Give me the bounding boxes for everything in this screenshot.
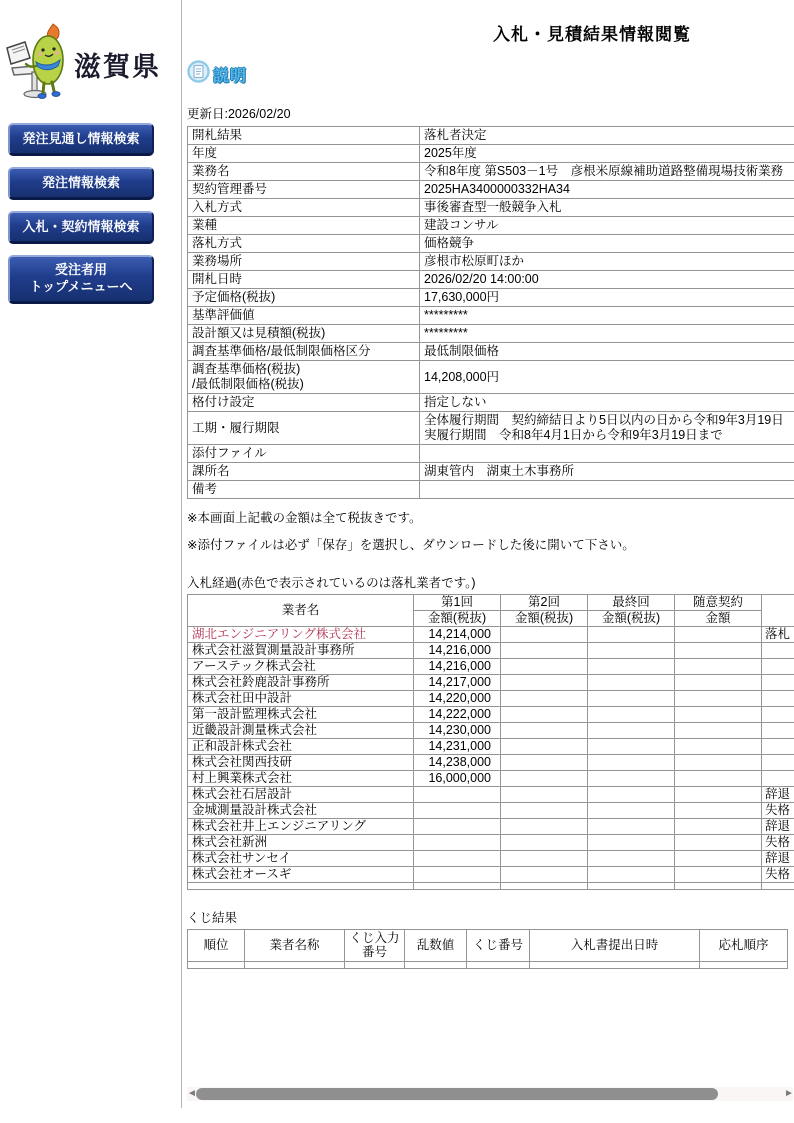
details-row: 課所名湖東管内 湖東土木事務所 (188, 463, 794, 481)
bid-result-status (762, 771, 794, 787)
bid-result-status: 失格 (762, 803, 794, 819)
bid-result-status: 失格 (762, 835, 794, 851)
updated-date: 更新日:2026/02/20 (187, 104, 794, 122)
detail-value: 彦根市松原町ほか (420, 253, 794, 271)
detail-value: 2025HA3400000332HA34 (420, 181, 794, 199)
bid-amount-discretionary (675, 707, 762, 723)
detail-value: 事後審査型一般競争入札 (420, 199, 794, 217)
bid-header-row-1: 業者名 第1回 第2回 最終回 随意契約 (188, 595, 794, 611)
bid-result-status: 失格 (762, 867, 794, 883)
bid-amount-final (588, 755, 675, 771)
detail-label: 格付け設定 (188, 394, 420, 412)
details-row: 契約管理番号2025HA3400000332HA34 (188, 181, 794, 199)
lottery-entry-number-header: くじ入力番号 (345, 930, 405, 962)
detail-label: 入札方式 (188, 199, 420, 217)
bid-amount-round1: 14,238,000 (414, 755, 501, 771)
bid-amount-discretionary (675, 819, 762, 835)
bid-amount-round2 (501, 851, 588, 867)
bid-amount-round2 (501, 691, 588, 707)
bid-amount-round2 (501, 755, 588, 771)
lottery-result-table: 順位 業者名称 くじ入力番号 乱数値 くじ番号 入札書提出日時 応札順序 (187, 929, 788, 969)
bid-amount-round2 (501, 659, 588, 675)
bid-row: 金城測量設計株式会社失格 (188, 803, 794, 819)
bid-amount-discretionary (675, 803, 762, 819)
detail-value: ********* (420, 325, 794, 343)
bid-amount-discretionary (675, 755, 762, 771)
bidder-name: 金城測量設計株式会社 (188, 803, 414, 819)
bid-amount-final (588, 835, 675, 851)
detail-label: 添付ファイル (188, 445, 420, 463)
sidebar: 滋賀県 発注見通し情報検索 発注情報検索 入札・契約情報検索 受注者用 トップメ… (0, 0, 181, 304)
bid-amount-discretionary (675, 739, 762, 755)
bid-amount-discretionary (675, 787, 762, 803)
bid-amount-round2 (501, 723, 588, 739)
bidder-name: 第一設計監理株式会社 (188, 707, 414, 723)
detail-value (420, 445, 794, 463)
bid-result-status: 辞退 (762, 851, 794, 867)
bid-amount-discretionary (675, 627, 762, 643)
bid-details-table: 開札結果落札者決定年度2025年度業務名令和8年度 第S503－1号 彦根米原線… (187, 126, 794, 499)
details-row: 入札方式事後審査型一般競争入札 (188, 199, 794, 217)
bid-result-status (762, 707, 794, 723)
bid-amount-final (588, 739, 675, 755)
bidder-name: アーステック株式会社 (188, 659, 414, 675)
bid-amount-final (588, 723, 675, 739)
detail-label: 課所名 (188, 463, 420, 481)
detail-value: 落札者決定 (420, 127, 794, 145)
bidder-name-header: 業者名 (188, 595, 414, 627)
bidder-name-header: 業者名称 (245, 930, 345, 962)
shiga-prefecture-logo[interactable]: 滋賀県 (6, 22, 181, 107)
bid-submission-datetime-header: 入札書提出日時 (530, 930, 700, 962)
nav-order-forecast-search-button[interactable]: 発注見通し情報検索 (8, 123, 154, 156)
detail-value: 2025年度 (420, 145, 794, 163)
bidder-name: 株式会社井上エンジニアリング (188, 819, 414, 835)
scroll-left-arrow-icon[interactable]: ◄ (187, 1088, 196, 1100)
shiga-mascot-icon (6, 22, 72, 107)
detail-label: 業務場所 (188, 253, 420, 271)
round2-amount-header: 金額(税抜) (501, 611, 588, 627)
bid-history-table: 業者名 第1回 第2回 最終回 随意契約 金額(税抜) 金額(税抜) 金額(税抜… (187, 594, 794, 890)
detail-label: 業務名 (188, 163, 420, 181)
bid-result-status (762, 643, 794, 659)
bid-amount-final (588, 707, 675, 723)
details-row: 開札結果落札者決定 (188, 127, 794, 145)
bid-amount-final (588, 851, 675, 867)
bid-order-header: 応札順序 (700, 930, 788, 962)
detail-label: 年度 (188, 145, 420, 163)
bid-row: 株式会社石居設計辞退 (188, 787, 794, 803)
detail-value: 17,630,000円 (420, 289, 794, 307)
bid-amount-round1 (414, 867, 501, 883)
bidder-name: 株式会社関西技研 (188, 755, 414, 771)
lottery-empty-row (188, 961, 788, 968)
details-row: 年度2025年度 (188, 145, 794, 163)
bid-amount-round1: 16,000,000 (414, 771, 501, 787)
detail-label: 調査基準価格(税抜) /最低制限価格(税抜) (188, 361, 420, 394)
sidebar-content-divider (181, 0, 182, 1108)
round1-amount-header: 金額(税抜) (414, 611, 501, 627)
bid-amount-round1: 14,217,000 (414, 675, 501, 691)
detail-value: ********* (420, 307, 794, 325)
bidder-name: 株式会社田中設計 (188, 691, 414, 707)
detail-label: 調査基準価格/最低制限価格区分 (188, 343, 420, 361)
details-row: 調査基準価格/最低制限価格区分最低制限価格 (188, 343, 794, 361)
detail-value: 価格競争 (420, 235, 794, 253)
details-row: 添付ファイル (188, 445, 794, 463)
bid-result-status: 辞退 (762, 787, 794, 803)
page-title: 入札・見積結果情報閲覧 (187, 20, 794, 45)
bid-amount-round2 (501, 787, 588, 803)
explain-button[interactable]: 説明 (187, 60, 247, 88)
note-attachment-save: ※添付ファイルは必ず「保存」を選択し、ダウンロードした後に開いて下さい。 (187, 535, 794, 553)
lottery-header-row: 順位 業者名称 くじ入力番号 乱数値 くじ番号 入札書提出日時 応札順序 (188, 930, 788, 962)
bid-amount-discretionary (675, 867, 762, 883)
bid-row: 株式会社オースギ失格 (188, 867, 794, 883)
detail-label: 工期・履行期限 (188, 412, 420, 445)
bid-amount-discretionary (675, 771, 762, 787)
lottery-number-header: くじ番号 (467, 930, 530, 962)
bid-row: 第一設計監理株式会社14,222,000 (188, 707, 794, 723)
bid-amount-round2 (501, 803, 588, 819)
bid-amount-round2 (501, 707, 588, 723)
bidder-name: 株式会社滋賀測量設計事務所 (188, 643, 414, 659)
details-row: 予定価格(税抜)17,630,000円 (188, 289, 794, 307)
bid-result-status (762, 723, 794, 739)
bid-amount-discretionary (675, 835, 762, 851)
bidder-name: 村上興業株式会社 (188, 771, 414, 787)
bid-amount-round2 (501, 835, 588, 851)
bid-result-status (762, 755, 794, 771)
bid-amount-final (588, 659, 675, 675)
final-round-header: 最終回 (588, 595, 675, 611)
bid-amount-discretionary (675, 659, 762, 675)
bid-amount-round1: 14,214,000 (414, 627, 501, 643)
round1-header: 第1回 (414, 595, 501, 611)
bid-row: 村上興業株式会社16,000,000 (188, 771, 794, 787)
bid-row: 株式会社田中設計14,220,000 (188, 691, 794, 707)
bid-result-status (762, 659, 794, 675)
logo-text: 滋賀県 (74, 45, 161, 84)
detail-value: 14,208,000円 (420, 361, 794, 394)
detail-label: 予定価格(税抜) (188, 289, 420, 307)
bid-row: 株式会社サンセイ辞退 (188, 851, 794, 867)
bidder-name: 株式会社鈴鹿設計事務所 (188, 675, 414, 691)
bidder-name: 株式会社新洲 (188, 835, 414, 851)
bid-amount-final (588, 643, 675, 659)
details-row: 基準評価値********* (188, 307, 794, 325)
detail-value: 最低制限価格 (420, 343, 794, 361)
bid-row: 株式会社関西技研14,238,000 (188, 755, 794, 771)
bid-amount-final (588, 867, 675, 883)
details-row: 業種建設コンサル (188, 217, 794, 235)
details-row: 調査基準価格(税抜) /最低制限価格(税抜)14,208,000円 (188, 361, 794, 394)
horizontal-scrollbar[interactable]: ◄ ► (187, 1087, 793, 1101)
bid-amount-round1: 14,216,000 (414, 659, 501, 675)
result-status-header (762, 595, 794, 627)
detail-value: 令和8年度 第S503－1号 彦根米原線補助道路整備現場技術業務 (420, 163, 794, 181)
bid-amount-discretionary (675, 675, 762, 691)
bid-table-spacer-row (188, 883, 794, 890)
nav-bid-contract-search-button[interactable]: 入札・契約情報検索 (8, 211, 154, 244)
bid-amount-final (588, 787, 675, 803)
round2-header: 第2回 (501, 595, 588, 611)
bid-amount-round2 (501, 675, 588, 691)
final-amount-header: 金額(税抜) (588, 611, 675, 627)
bid-amount-round1: 14,230,000 (414, 723, 501, 739)
bid-amount-discretionary (675, 723, 762, 739)
detail-value: 湖東管内 湖東土木事務所 (420, 463, 794, 481)
details-row: 業務場所彦根市松原町ほか (188, 253, 794, 271)
scroll-right-arrow-icon[interactable]: ► (784, 1088, 793, 1100)
bidder-name: 株式会社オースギ (188, 867, 414, 883)
bid-amount-final (588, 771, 675, 787)
random-number-header: 乱数値 (405, 930, 467, 962)
bid-amount-round1: 14,220,000 (414, 691, 501, 707)
scrollbar-thumb[interactable] (196, 1088, 718, 1100)
detail-label: 開札日時 (188, 271, 420, 289)
bid-row: 株式会社井上エンジニアリング辞退 (188, 819, 794, 835)
rank-header: 順位 (188, 930, 245, 962)
bid-result-status: 辞退 (762, 819, 794, 835)
bid-amount-round1: 14,216,000 (414, 643, 501, 659)
bid-amount-discretionary (675, 643, 762, 659)
detail-value: 2026/02/20 14:00:00 (420, 271, 794, 289)
bid-amount-discretionary (675, 691, 762, 707)
bid-result-status (762, 675, 794, 691)
sidebar-nav: 発注見通し情報検索 発注情報検索 入札・契約情報検索 受注者用 トップメニューへ (8, 123, 154, 304)
bid-amount-discretionary (675, 851, 762, 867)
bidder-name: 湖北エンジニアリング株式会社 (188, 627, 414, 643)
bid-result-status (762, 739, 794, 755)
details-row: 格付け設定指定しない (188, 394, 794, 412)
details-row: 備考 (188, 481, 794, 499)
bidder-name: 株式会社サンセイ (188, 851, 414, 867)
bid-amount-round2 (501, 771, 588, 787)
bid-row: 株式会社鈴鹿設計事務所14,217,000 (188, 675, 794, 691)
bid-amount-round1 (414, 787, 501, 803)
bid-row: アーステック株式会社14,216,000 (188, 659, 794, 675)
bid-history-section-title: 入札経過(赤色で表示されているのは落札業者です。) (187, 573, 794, 591)
details-row: 設計額又は見積額(税抜)********* (188, 325, 794, 343)
detail-label: 落札方式 (188, 235, 420, 253)
bid-amount-final (588, 691, 675, 707)
main-content: 入札・見積結果情報閲覧 説明 更新日:2026/02/20 開札結果落札者決定年… (187, 0, 794, 1123)
bidder-name: 近畿設計測量株式会社 (188, 723, 414, 739)
details-row: 業務名令和8年度 第S503－1号 彦根米原線補助道路整備現場技術業務 (188, 163, 794, 181)
bid-row: 株式会社滋賀測量設計事務所14,216,000 (188, 643, 794, 659)
bid-row: 湖北エンジニアリング株式会社14,214,000落札 (188, 627, 794, 643)
bid-row: 株式会社新洲失格 (188, 835, 794, 851)
bid-amount-round1: 14,222,000 (414, 707, 501, 723)
lottery-section-title: くじ結果 (187, 908, 794, 926)
negotiated-contract-header: 随意契約 (675, 595, 762, 611)
detail-value: 指定しない (420, 394, 794, 412)
negotiated-amount-header: 金額 (675, 611, 762, 627)
bid-amount-final (588, 675, 675, 691)
detail-label: 備考 (188, 481, 420, 499)
details-row: 落札方式価格競争 (188, 235, 794, 253)
bid-amount-round2 (501, 819, 588, 835)
bid-amount-round2 (501, 627, 588, 643)
details-row: 工期・履行期限全体履行期間 契約締結日より5日以内の日から令和9年3月19日 実… (188, 412, 794, 445)
nav-order-info-search-button[interactable]: 発注情報検索 (8, 167, 154, 200)
document-icon (187, 60, 210, 88)
detail-label: 基準評価値 (188, 307, 420, 325)
bid-amount-final (588, 627, 675, 643)
detail-value: 全体履行期間 契約締結日より5日以内の日から令和9年3月19日 実履行期間 令和… (420, 412, 794, 445)
bid-amount-final (588, 819, 675, 835)
detail-label: 開札結果 (188, 127, 420, 145)
detail-label: 設計額又は見積額(税抜) (188, 325, 420, 343)
bid-amount-round2 (501, 643, 588, 659)
bid-row: 近畿設計測量株式会社14,230,000 (188, 723, 794, 739)
bid-amount-final (588, 803, 675, 819)
detail-value (420, 481, 794, 499)
bid-amount-round1 (414, 835, 501, 851)
note-tax-excluded: ※本画面上記載の金額は全て税抜きです。 (187, 508, 794, 526)
detail-label: 業種 (188, 217, 420, 235)
bid-result-status (762, 691, 794, 707)
bid-amount-round2 (501, 739, 588, 755)
explain-button-label: 説明 (213, 63, 247, 86)
bid-amount-round1 (414, 851, 501, 867)
bid-amount-round1 (414, 803, 501, 819)
bid-amount-round2 (501, 867, 588, 883)
details-row: 開札日時2026/02/20 14:00:00 (188, 271, 794, 289)
bid-result-status: 落札 (762, 627, 794, 643)
bid-amount-round1 (414, 819, 501, 835)
detail-label: 契約管理番号 (188, 181, 420, 199)
bid-row: 正和設計株式会社14,231,000 (188, 739, 794, 755)
bid-amount-round1: 14,231,000 (414, 739, 501, 755)
bidder-name: 正和設計株式会社 (188, 739, 414, 755)
bidder-name: 株式会社石居設計 (188, 787, 414, 803)
detail-value: 建設コンサル (420, 217, 794, 235)
nav-contractor-top-menu-button[interactable]: 受注者用 トップメニューへ (8, 255, 154, 304)
